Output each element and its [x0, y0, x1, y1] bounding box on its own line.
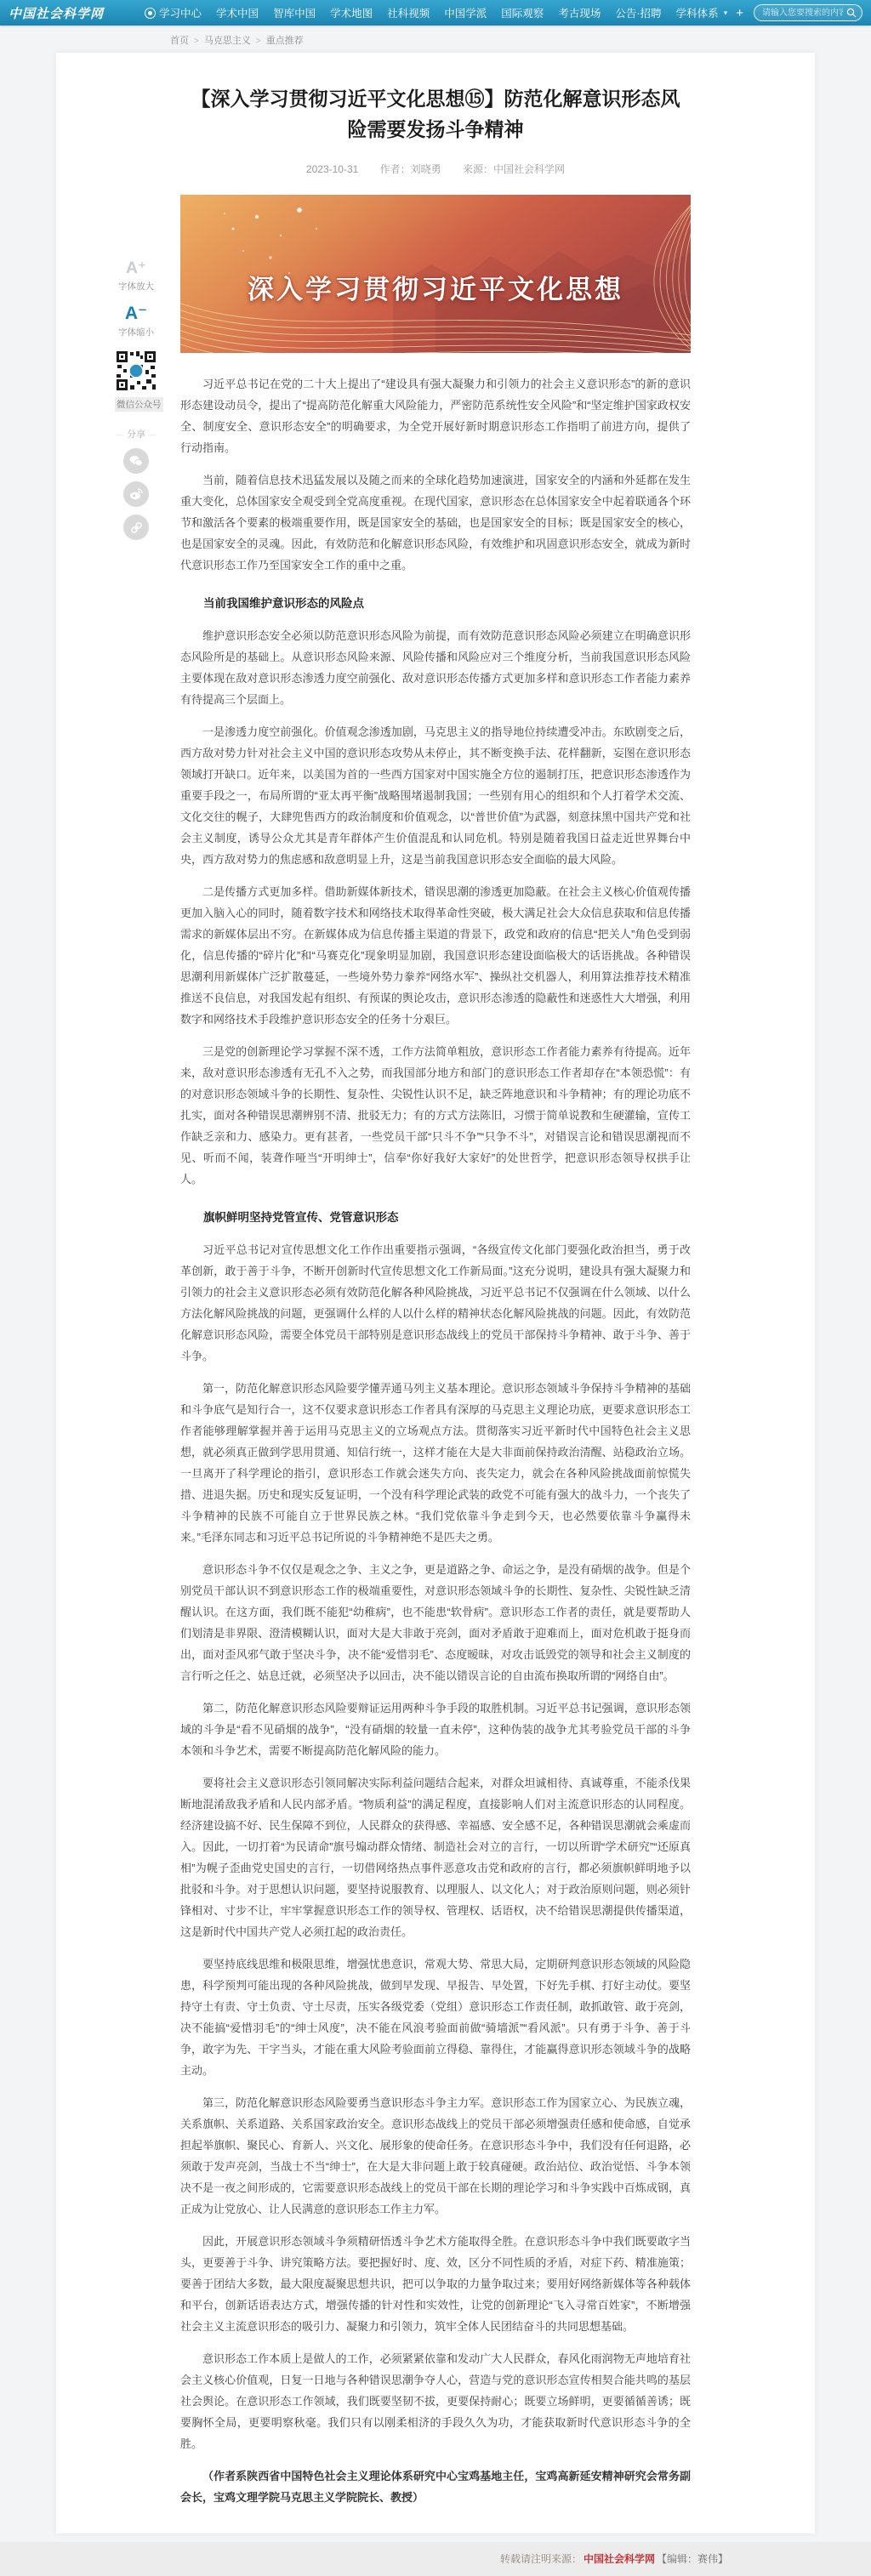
wechat-qr-label: 微信公众号: [115, 397, 163, 412]
nav-item-6[interactable]: 中国学派: [444, 5, 487, 20]
nav-item-3[interactable]: 智库中国: [273, 5, 316, 20]
article-card: A⁺ 字体放大 A⁻ 字体缩小: [56, 53, 815, 2533]
article-paragraph: 第二，防范化解意识形态风险要辩证运用两种斗争手段的取胜机制。习近平总书记强调，意…: [180, 1697, 691, 1761]
article-date: 2023-10-31: [306, 163, 358, 175]
article-paragraph: 维护意识形态安全必须以防范意识形态风险为前提，而有效防范意识形态风险必须建立在明…: [180, 625, 691, 710]
article-paragraph: 三是党的创新理论学习掌握不深不透，工作方法简单粗放，意识形态工作者能力素养有待提…: [180, 1041, 691, 1190]
article-paragraph: 因此，开展意识形态领域斗争须精研悟透斗争艺术方能取得全胜。在意识形态斗争中我们既…: [180, 2231, 691, 2337]
article-paragraph: 一是渗透力度空前强化。价值观念渗透加剧，马克思主义的指导地位持续遭受冲击。东欧剧…: [180, 721, 691, 870]
weibo-icon: [129, 488, 143, 500]
nav-item-4[interactable]: 学术地图: [330, 5, 373, 20]
share-wechat-button[interactable]: [123, 448, 149, 474]
breadcrumb-link-2[interactable]: 马克思主义: [204, 36, 251, 46]
nav-item-2[interactable]: 学术中国: [216, 5, 259, 20]
nav-item-5[interactable]: 社科视频: [387, 5, 430, 20]
article-paragraph: 习近平总书记对宣传思想文化工作作出重要指示强调，“各级宣传文化部门要强化政治担当…: [180, 1239, 691, 1367]
breadcrumb-separator: >: [194, 37, 199, 46]
nav-item-9[interactable]: 公告·招聘: [615, 5, 661, 20]
footer-site-name[interactable]: 中国社会科学网: [584, 2553, 655, 2565]
source-label: 来源：: [463, 163, 493, 175]
page: 中国社会科学网 学习中心学术中国智库中国学术地图社科视频中国学派国际观察考古现场…: [0, 0, 871, 2576]
share-label: 分享: [104, 427, 168, 441]
search-icon[interactable]: [846, 8, 857, 18]
link-icon: [130, 521, 143, 534]
breadcrumb: 首页>马克思主义>重点推荐: [0, 26, 871, 53]
article-body: 习近平总书记在党的二十大上提出了“建设具有强大凝聚力和引领力的社会主义意识形态”…: [180, 373, 691, 2454]
font-enlarge-button[interactable]: A⁺ 字体放大: [104, 260, 168, 293]
nav-item-10[interactable]: 学科体系: [676, 5, 719, 20]
nav-item-8[interactable]: 考古现场: [558, 5, 601, 20]
article-paragraph: 要将社会主义意识形态引领同解决实际利益问题结合起来，对群众坦诚相待、真诚尊重，不…: [180, 1772, 691, 1942]
article-tools: A⁺ 字体放大 A⁻ 字体缩小: [104, 260, 168, 548]
xuexi-logo-icon: [145, 8, 156, 19]
font-shrink-label: 字体缩小: [104, 326, 168, 338]
wechat-qr-code: 微信公众号: [115, 350, 157, 412]
nav-item-1[interactable]: 学习中心: [145, 5, 202, 20]
article-meta: 2023-10-31 作者：刘晓勇 来源：中国社会科学网: [180, 162, 691, 176]
source-name[interactable]: 中国社会科学网: [493, 163, 565, 175]
nav-item-7[interactable]: 国际观察: [501, 5, 544, 20]
banner-title: 深入学习贯彻习近平文化思想: [180, 268, 691, 306]
section-heading: 当前我国维护意识形态的风险点: [180, 593, 691, 614]
font-enlarge-label: 字体放大: [104, 280, 168, 293]
search-box: [754, 4, 862, 22]
breadcrumb-link-3: 重点推荐: [266, 36, 304, 46]
article-paragraph: 当前，随着信息技术迅猛发展以及随之而来的全球化趋势加速演进，国家安全的内涵和外延…: [180, 469, 691, 576]
article-paragraph: 要坚持底线思维和极限思维，增强忧患意识，常观大势、常思大局，定期研判意识形态领域…: [180, 1953, 691, 2081]
main-nav: 学习中心学术中国智库中国学术地图社科视频中国学派国际观察考古现场公告·招聘学科体…: [143, 5, 724, 20]
share-weibo-button[interactable]: [123, 481, 149, 507]
footer-prefix: 转载请注明来源：: [500, 2553, 582, 2565]
qr-code-icon: [116, 350, 157, 391]
breadcrumb-link-1[interactable]: 首页: [170, 36, 189, 46]
banner-image: 深入学习贯彻习近平文化思想: [180, 195, 691, 353]
article-title: 【深入学习贯彻习近平文化思想⑮】防范化解意识形态风险需要发扬斗争精神: [180, 53, 691, 155]
article-paragraph: 习近平总书记在党的二十大上提出了“建设具有强大凝聚力和引领力的社会主义意识形态”…: [180, 373, 691, 458]
wechat-icon: [129, 455, 143, 467]
author-label: 作者：: [380, 163, 411, 175]
article: 【深入学习贯彻习近平文化思想⑮】防范化解意识形态风险需要发扬斗争精神 2023-…: [180, 53, 691, 2508]
font-shrink-icon: A⁻: [104, 304, 168, 323]
top-navbar: 中国社会科学网 学习中心学术中国智库中国学术地图社科视频中国学派国际观察考古现场…: [0, 0, 871, 26]
site-logo[interactable]: 中国社会科学网: [9, 4, 143, 22]
chevron-down-icon[interactable]: ▾: [724, 9, 728, 18]
footer-editor: 【编辑：赛伟】: [657, 2553, 728, 2565]
article-paragraph: 第三，防范化解意识形态风险要勇当意识形态斗争主力军。意识形态工作为国家立心、为民…: [180, 2092, 691, 2220]
article-paragraph: 二是传播方式更加多样。借助新媒体新技术，错误思潮的渗透更加隐蔽。在社会主义核心价…: [180, 881, 691, 1030]
article-paragraph: 意识形态工作本质上是做人的工作，必须紧紧依靠和发动广大人民群众，春风化雨润物无声…: [180, 2348, 691, 2454]
article-paragraph: 意识形态斗争不仅仅是观念之争、主义之争，更是道路之争、命运之争，是没有硝烟的战争…: [180, 1559, 691, 1686]
font-enlarge-icon: A⁺: [104, 260, 168, 277]
plus-icon[interactable]: +: [736, 6, 743, 20]
section-heading: 旗帜鲜明坚持党管宣传、党管意识形态: [180, 1207, 691, 1228]
page-footer: 转载请注明来源：中国社会科学网【编辑：赛伟】: [0, 2542, 871, 2576]
share-link-button[interactable]: [123, 515, 149, 540]
breadcrumb-separator: >: [256, 37, 261, 46]
font-shrink-button[interactable]: A⁻ 字体缩小: [104, 304, 168, 338]
author-name: 刘晓勇: [411, 163, 441, 175]
article-paragraph: 第一，防范化解意识形态风险要学懂弄通马列主义基本理论。意识形态领域斗争保持斗争精…: [180, 1378, 691, 1548]
author-note: （作者系陕西省中国特色社会主义理论体系研究中心宝鸡基地主任，宝鸡高新延安精神研究…: [180, 2465, 691, 2508]
